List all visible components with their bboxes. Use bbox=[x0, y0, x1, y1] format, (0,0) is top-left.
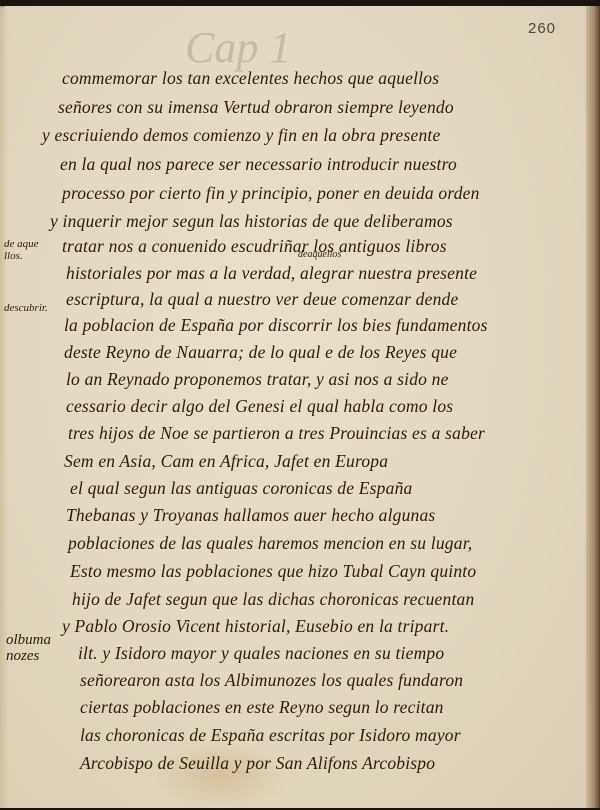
margin-note: descubrir. bbox=[4, 303, 48, 315]
text-line: en la qual nos parece ser necessario int… bbox=[60, 154, 457, 175]
text-line: Esto mesmo las poblaciones que hizo Tuba… bbox=[70, 561, 476, 582]
text-line: Sem en Asia, Cam en Africa, Jafet en Eur… bbox=[64, 451, 388, 472]
text-line: la poblacion de España por discorrir los… bbox=[64, 315, 488, 336]
text-line: commemorar los tan excelentes hechos que… bbox=[62, 68, 439, 89]
text-line: y Pablo Orosio Vicent historial, Eusebio… bbox=[62, 616, 449, 637]
text-line: y inquerir mejor segun las historias de … bbox=[50, 211, 453, 232]
text-line: processo por cierto fin y principio, pon… bbox=[62, 183, 480, 204]
text-line: el qual segun las antiguas coronicas de … bbox=[70, 478, 413, 499]
water-stain bbox=[150, 740, 290, 808]
text-line: ciertas poblaciones en este Reyno segun … bbox=[80, 697, 444, 718]
text-line: cessario decir algo del Genesi el qual h… bbox=[66, 396, 453, 417]
text-line: las choronicas de España escritas por Is… bbox=[80, 725, 461, 746]
page-binding-edge bbox=[586, 6, 600, 808]
text-line: lo an Reynado proponemos tratar, y asi n… bbox=[66, 369, 449, 390]
page-left-edge bbox=[0, 6, 8, 808]
interlinear-note: deaquellos bbox=[298, 249, 341, 260]
text-line: tres hijos de Noe se partieron a tres Pr… bbox=[68, 423, 485, 444]
text-line: ilt. y Isidoro mayor y quales naciones e… bbox=[78, 643, 444, 664]
text-line: señores con su imensa Vertud obraron sie… bbox=[58, 97, 454, 118]
text-line: Arcobispo de Seuilla y por San Alifons A… bbox=[80, 753, 435, 774]
text-line: hijo de Jafet segun que las dichas choro… bbox=[72, 589, 474, 610]
margin-note: olbuma nozes bbox=[6, 633, 66, 665]
text-line: Thebanas y Troyanas hallamos auer hecho … bbox=[66, 505, 435, 526]
folio-number: 260 bbox=[528, 20, 556, 37]
text-line: poblaciones de las quales haremos mencio… bbox=[68, 533, 472, 554]
margin-note: de aque llos. bbox=[4, 239, 44, 262]
text-line: y escriuiendo demos comienzo y fin en la… bbox=[42, 125, 440, 146]
text-line: escriptura, la qual a nuestro ver deue c… bbox=[66, 289, 458, 310]
chapter-mark: Cap 1 bbox=[185, 22, 291, 73]
text-line: deste Reyno de Nauarra; de lo qual e de … bbox=[64, 342, 457, 363]
text-line: tratar nos a conuenido escudriñar los an… bbox=[62, 236, 447, 257]
text-line: señorearon asta los Albimunozes los qual… bbox=[80, 670, 463, 691]
text-line: historiales por mas a la verdad, alegrar… bbox=[66, 263, 477, 284]
